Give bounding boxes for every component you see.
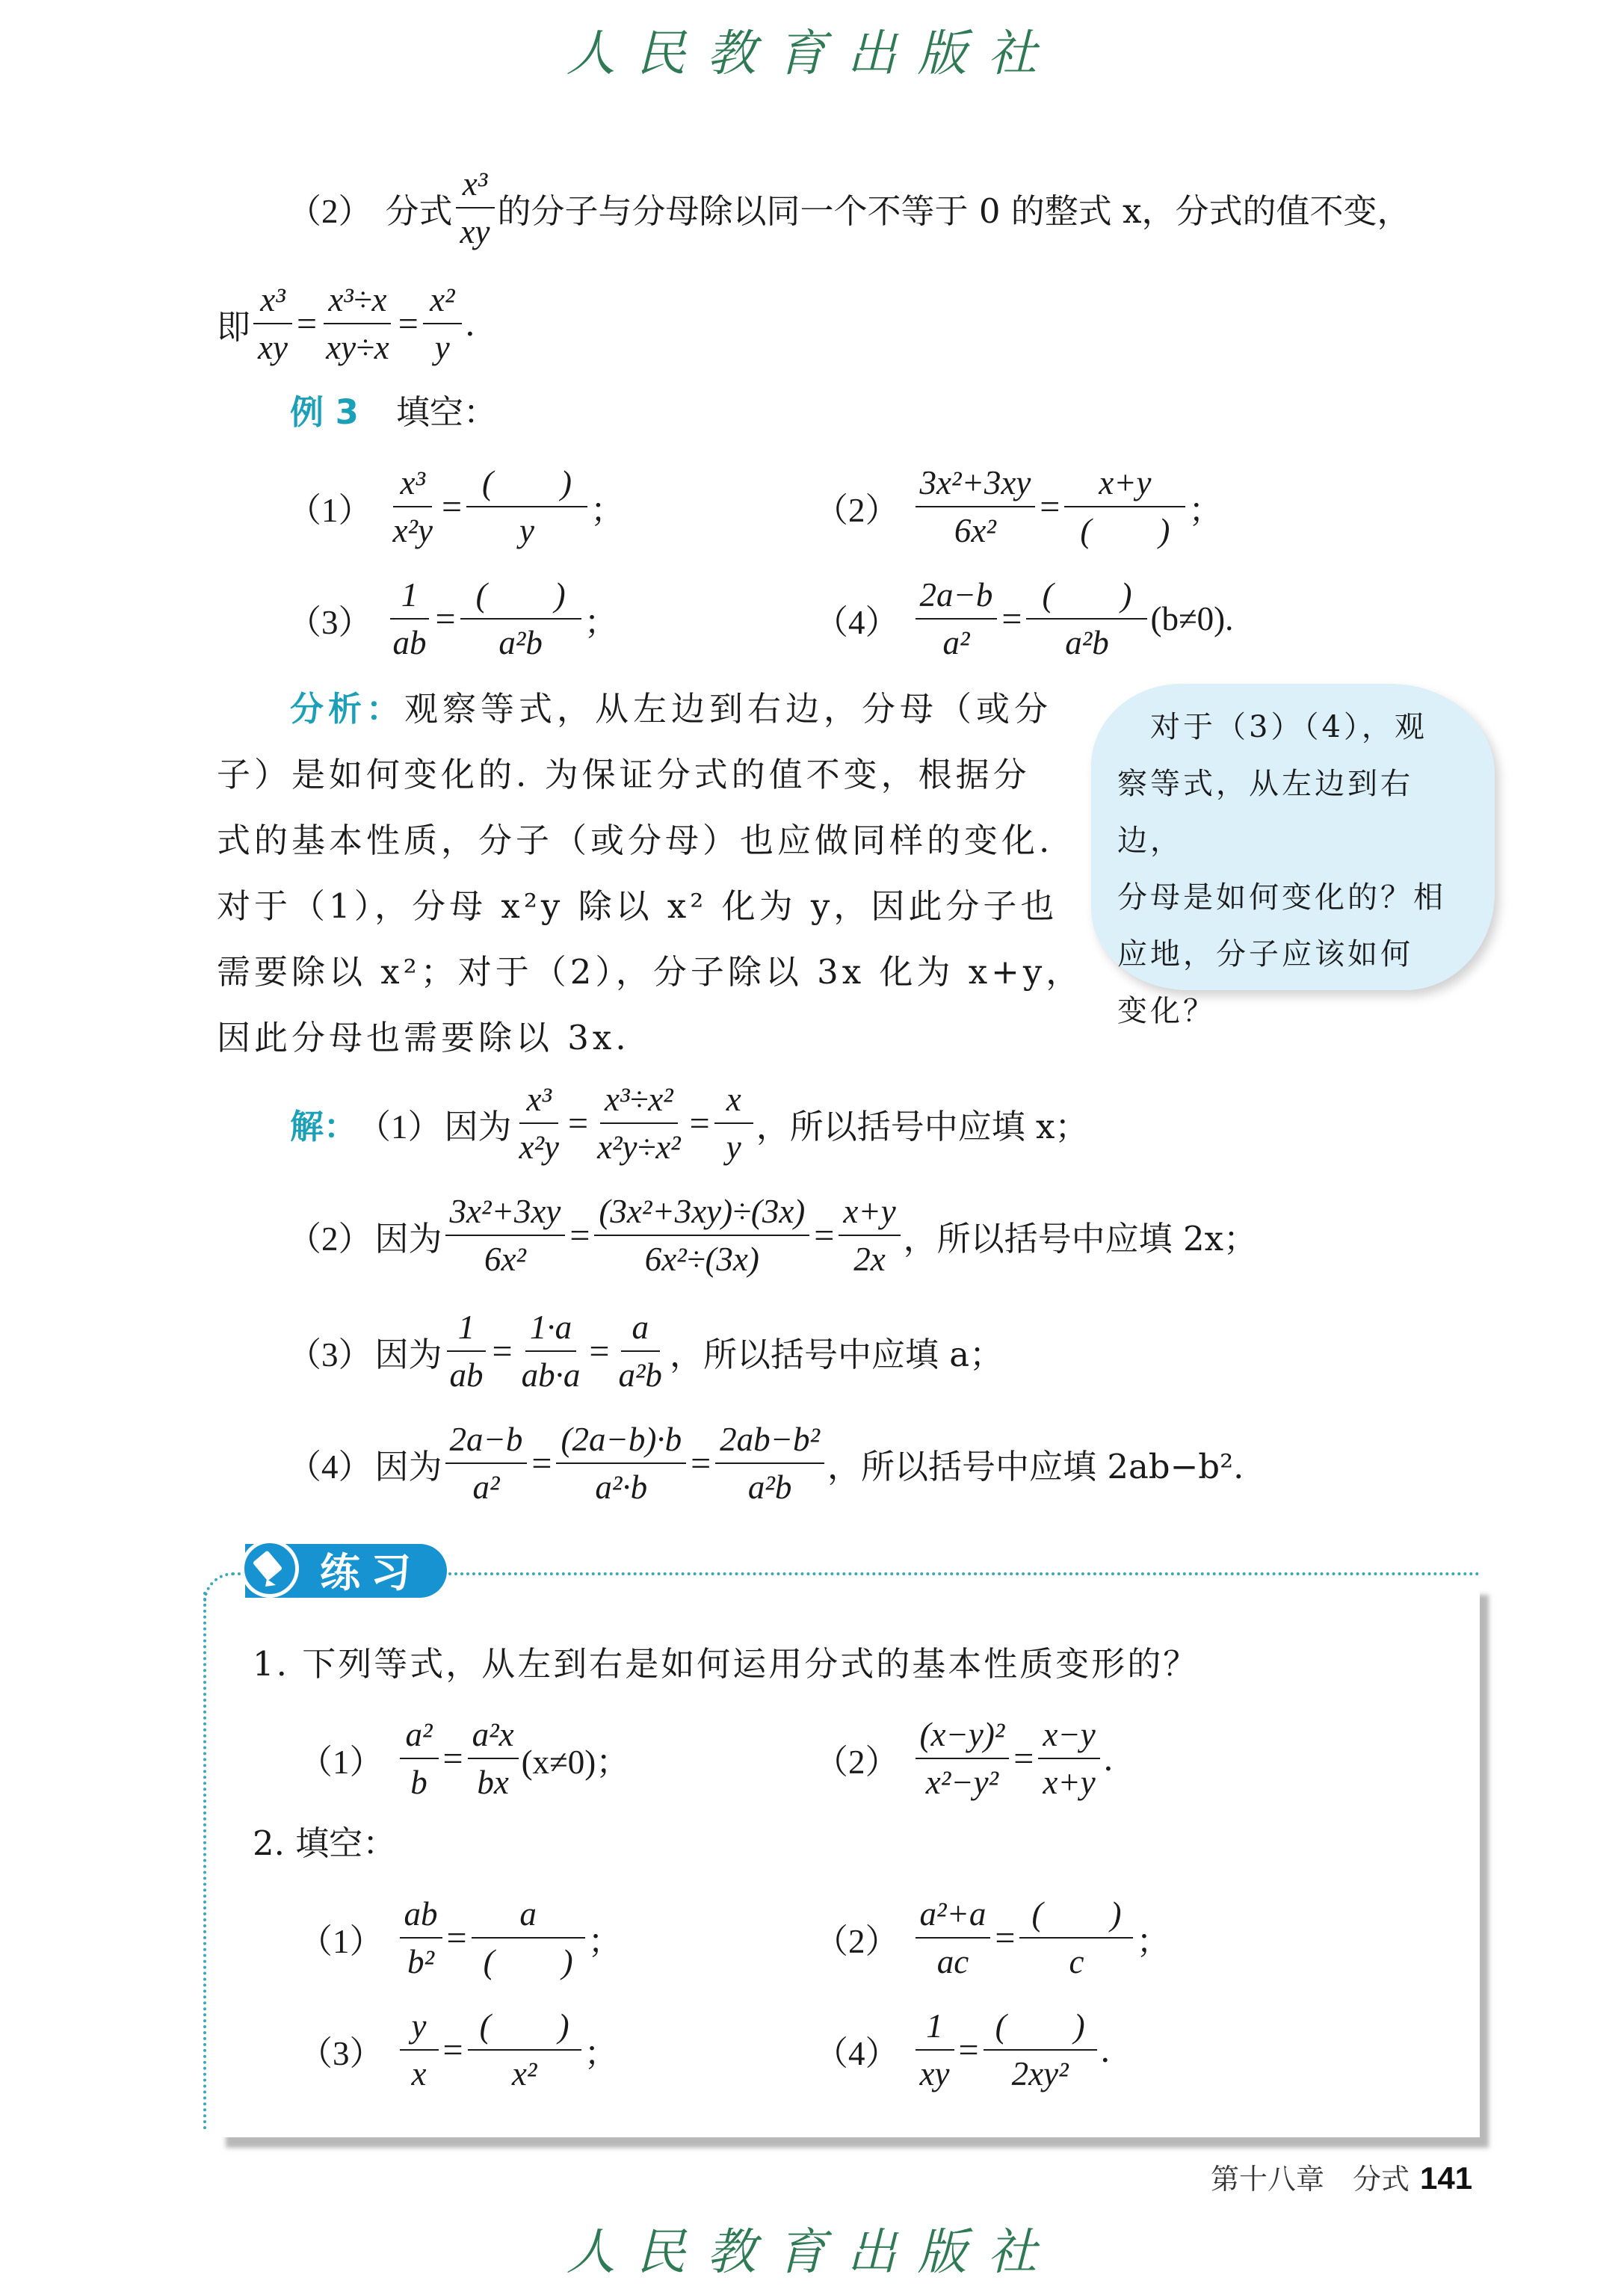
exercise-badge-label: 练习 bbox=[320, 1541, 422, 1599]
publisher-logo-bottom: 人民教育出版社 bbox=[0, 2212, 1624, 2283]
exercise-q2-item-1: （1） abb² = a( ) ； bbox=[299, 1891, 622, 1985]
fraction: x³÷xxy÷x bbox=[321, 277, 394, 371]
solution-step-4: （4） 因为 2a−ba² = (2a−b)·ba²·b = 2ab−b²a²b… bbox=[288, 1416, 1244, 1510]
analysis-label: 分析： bbox=[290, 689, 404, 729]
exercise-q1-text: 1. 下列等式，从左到右是如何运用分式的基本性质变形的？ bbox=[253, 1637, 1199, 1685]
dotted-border-top bbox=[448, 1572, 1480, 1575]
exercise-q2-item-2: （2） a²+aac = ( )c ； bbox=[815, 1891, 1170, 1985]
example3-item-3: （3） 1ab = ( )a²b ； bbox=[288, 572, 618, 666]
exercise-q2-item-3: （3） yx = ( )x² ； bbox=[299, 2003, 618, 2097]
intro-part2-line: （2） 分式 x³xy 的分子与分母除以同一个不等于 0 的整式 x，分式的值不… bbox=[288, 161, 1410, 255]
answer-blank[interactable]: ( )a²b bbox=[1026, 572, 1147, 666]
fraction: x²y bbox=[423, 277, 462, 371]
analysis-paragraph: 分析：观察等式，从左边到右边，分母（或分 子）是如何变化的. 为保证分式的值不变… bbox=[217, 676, 1069, 1071]
exercise-q1-item-1: （1） a²b = a²xbx (x≠0)； bbox=[299, 1711, 629, 1806]
dotted-border-left bbox=[203, 1592, 206, 2130]
thought-cloud-text: 对于（3）（4），观 察等式，从左边到右边， 分母是如何变化的？相 应地，分子应… bbox=[1117, 699, 1469, 1040]
chapter-title: 第十八章 分式 bbox=[1211, 2163, 1410, 2196]
example3-item-2: （2） 3x²+3xy6x² = x+y( ) ； bbox=[815, 460, 1222, 554]
fraction: x³xy bbox=[253, 277, 292, 371]
example3-heading: 例 3 填空： bbox=[290, 385, 497, 433]
answer-blank[interactable]: ( )2xy² bbox=[984, 2003, 1097, 2097]
answer-blank[interactable]: ( )x² bbox=[468, 2003, 581, 2097]
example3-item-1: （1） x³x²y = ( )y ； bbox=[288, 460, 624, 554]
answer-blank[interactable]: ( )c bbox=[1019, 1891, 1133, 1985]
intro-ji-line: 即 x³xy = x³÷xxy÷x = x²y . bbox=[217, 277, 475, 371]
page-number: 141 bbox=[1420, 2160, 1472, 2196]
pencil-icon bbox=[241, 1539, 299, 1598]
solution-label: 解： bbox=[290, 1099, 357, 1148]
exercise-q2-item-4: （4） 1xy = ( )2xy² . bbox=[815, 2003, 1111, 2097]
answer-blank[interactable]: x+y( ) bbox=[1064, 460, 1185, 554]
answer-blank[interactable]: a( ) bbox=[472, 1891, 585, 1985]
example-title: 填空： bbox=[396, 385, 497, 433]
solution-step-3: （3） 因为 1ab = 1·aab·a = aa²b ，所以括号中应填 a； bbox=[288, 1304, 1003, 1398]
solution-step-2: （2） 因为 3x²+3xy6x² = (3x²+3xy)÷(3x)6x²÷(3… bbox=[288, 1188, 1257, 1282]
exercise-q1-item-2: （2） (x−y)²x²−y² = x−yx+y . bbox=[815, 1711, 1114, 1806]
exercise-q2-text: 2. 填空： bbox=[253, 1816, 396, 1865]
example3-item-4: （4） 2a−ba² = ( )a²b (b≠0). bbox=[815, 572, 1233, 666]
publisher-logo-top: 人民教育出版社 bbox=[0, 13, 1624, 84]
answer-blank[interactable]: ( )y bbox=[466, 460, 587, 554]
fraction: x³xy bbox=[456, 161, 495, 255]
example-label: 例 3 bbox=[290, 385, 359, 433]
answer-blank[interactable]: ( )a²b bbox=[460, 572, 581, 666]
solution-step-1: 解： （1） 因为 x³x²y = x³÷x²x²y÷x² = xy ，所以括号… bbox=[290, 1076, 1088, 1170]
page-footer: 第十八章 分式141 bbox=[1211, 2156, 1472, 2197]
